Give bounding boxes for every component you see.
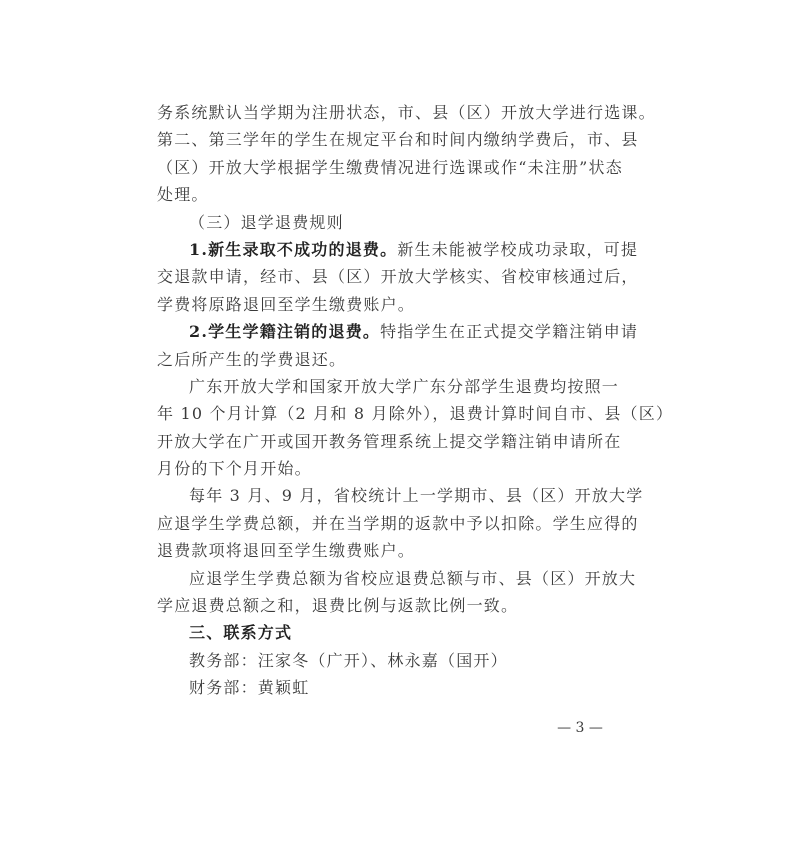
text-line: 学应退费总额之和，退费比例与返款比例一致。	[157, 592, 619, 619]
text-line: 第二、第三学年的学生在规定平台和时间内缴纳学费后，市、县	[157, 126, 619, 153]
item1-title: 1.新生录取不成功的退费。	[189, 240, 397, 259]
text-line: （区）开放大学根据学生缴费情况进行选课或作“未注册”状态	[157, 154, 619, 181]
contact-finance: 财务部：黄颖虹	[157, 674, 619, 701]
text-line: 处理。	[157, 181, 619, 208]
section-heading-refund-rules: （三）退学退费规则	[157, 209, 619, 236]
text-line: 退费款项将退回至学生缴费账户。	[157, 537, 619, 564]
text-line: 学费将原路退回至学生缴费账户。	[157, 291, 619, 318]
item1-line1: 1.新生录取不成功的退费。新生未能被学校成功录取，可提	[157, 236, 619, 263]
section-heading-contact: 三、联系方式	[157, 619, 619, 646]
text-line: 应退学生学费总额为省校应退费总额与市、县（区）开放大	[157, 565, 619, 592]
text-line: 开放大学在广开或国开教务管理系统上提交学籍注销申请所在	[157, 428, 619, 455]
item2-text: 特指学生在正式提交学籍注销申请	[380, 322, 638, 341]
text-line: 年 10 个月计算（2 月和 8 月除外），退费计算时间自市、县（区）	[157, 400, 619, 427]
item2-line1: 2.学生学籍注销的退费。特指学生在正式提交学籍注销申请	[157, 318, 619, 345]
document-page: 务系统默认当学期为注册状态，市、县（区）开放大学进行选课。 第二、第三学年的学生…	[0, 0, 791, 851]
text-line: 交退款申请，经市、县（区）开放大学核实、省校审核通过后，	[157, 263, 619, 290]
contact-academic: 教务部：汪家冬（广开）、林永嘉（国开）	[157, 647, 619, 674]
text-line: 之后所产生的学费退还。	[157, 346, 619, 373]
text-line: 每年 3 月、9 月，省校统计上一学期市、县（区）开放大学	[157, 482, 619, 509]
page-number: — 3 —	[550, 720, 610, 736]
document-body: 务系统默认当学期为注册状态，市、县（区）开放大学进行选课。 第二、第三学年的学生…	[157, 99, 619, 702]
text-line: 务系统默认当学期为注册状态，市、县（区）开放大学进行选课。	[157, 99, 619, 126]
text-line: 广东开放大学和国家开放大学广东分部学生退费均按照一	[157, 373, 619, 400]
item2-title: 2.学生学籍注销的退费。	[189, 322, 380, 341]
text-line: 月份的下个月开始。	[157, 455, 619, 482]
text-line: 应退学生学费总额，并在当学期的返款中予以扣除。学生应得的	[157, 510, 619, 537]
item1-text: 新生未能被学校成功录取，可提	[397, 240, 638, 259]
